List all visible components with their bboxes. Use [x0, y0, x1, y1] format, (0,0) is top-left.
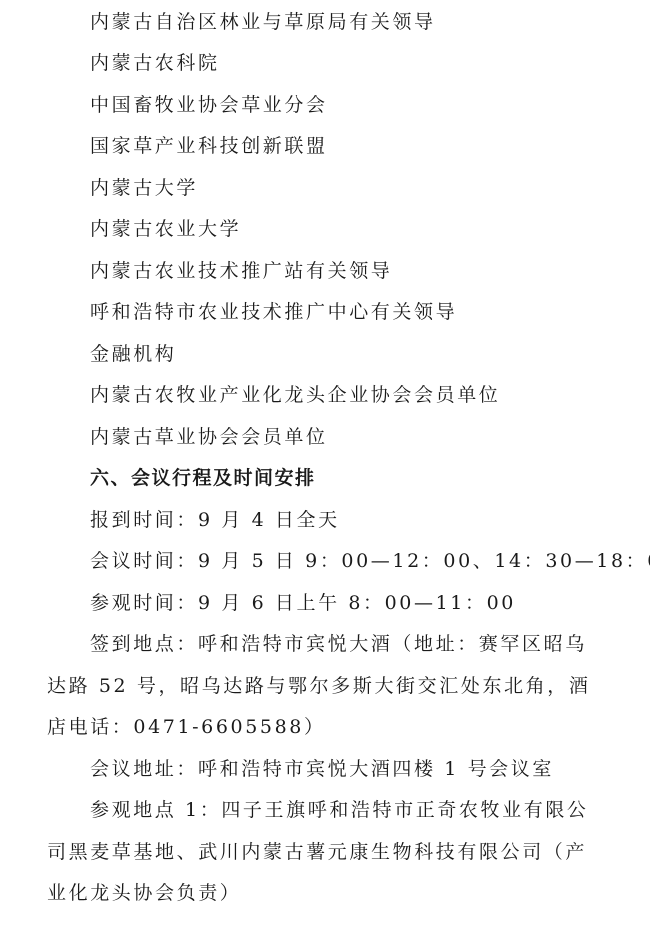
attendee-item: 内蒙古农牧业产业化龙头企业协会会员单位 — [90, 383, 500, 407]
attendee-item: 中国畜牧业协会草业分会 — [90, 93, 328, 117]
section-heading: 六、会议行程及时间安排 — [90, 466, 316, 490]
attendee-item: 国家草产业科技创新联盟 — [90, 134, 328, 158]
attendee-item: 内蒙古大学 — [90, 176, 198, 200]
meeting-time: 会议时间：9 月 5 日 9：00—12：00、14：30—18：00 — [90, 549, 650, 573]
checkin-location: 签到地点：呼和浩特市宾悦大酒（地址：赛罕区昭乌达路 52 号，昭乌达路与鄂尔多斯… — [47, 624, 607, 749]
attendee-item: 内蒙古草业协会会员单位 — [90, 425, 328, 449]
meeting-address: 会议地址：呼和浩特市宾悦大酒四楼 1 号会议室 — [90, 757, 554, 781]
visit-location-1: 参观地点 1：四子王旗呼和浩特市正奇农牧业有限公司黑麦草基地、武川内蒙古薯元康生… — [47, 790, 607, 915]
visit-time: 参观时间：9 月 6 日上午 8：00—11：00 — [90, 591, 516, 615]
attendee-item: 内蒙古农业技术推广站有关领导 — [90, 259, 392, 283]
registration-time: 报到时间：9 月 4 日全天 — [90, 508, 340, 532]
attendee-item: 呼和浩特市农业技术推广中心有关领导 — [90, 300, 457, 324]
attendee-item: 内蒙古农业大学 — [90, 217, 241, 241]
attendee-item: 金融机构 — [90, 342, 176, 366]
attendee-item: 内蒙古农科院 — [90, 51, 220, 75]
attendee-item: 内蒙古自治区林业与草原局有关领导 — [90, 10, 436, 34]
